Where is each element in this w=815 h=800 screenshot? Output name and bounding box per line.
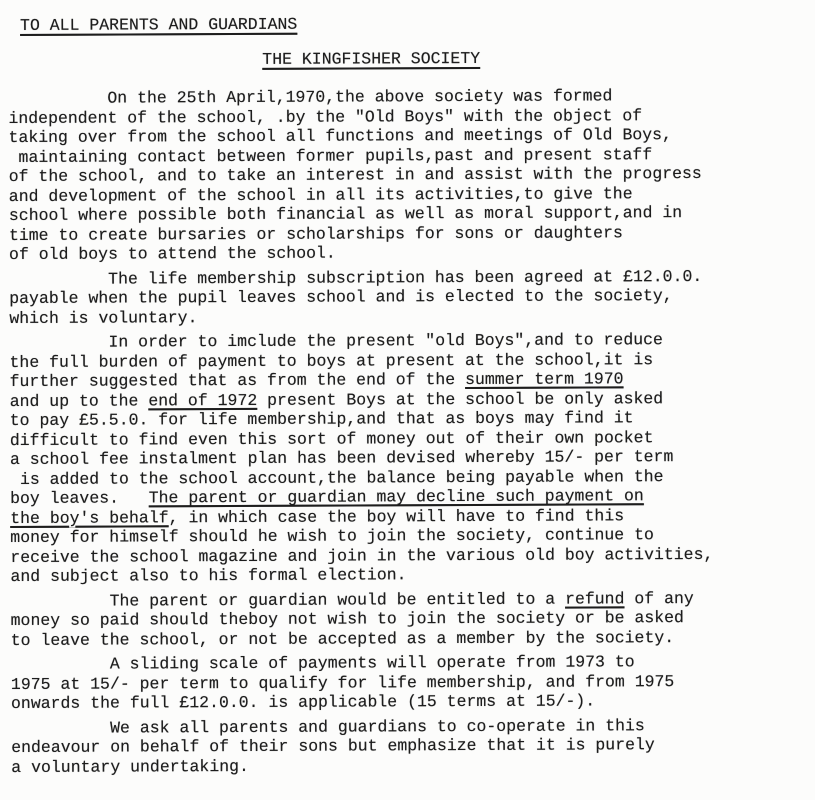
text-segment: time to create bursaries or scholarships… [9,223,623,245]
paragraph: The parent or guardian would be entitled… [11,588,812,650]
text-segment: present Boys at the school be only asked [257,389,663,410]
text-segment: to leave the school, or not be accepted … [11,628,674,650]
document-line: The life membership subscription has bee… [9,266,810,289]
text-segment: A sliding scale of payments will operate… [11,652,635,674]
paragraph: A sliding scale of payments will operate… [11,651,812,713]
text-segment: payable when the pupil leaves school and… [9,286,672,308]
text-segment: a voluntary undertaking. [11,756,249,776]
underlined-text: refund [565,589,625,608]
text-segment: and subject also to his formal election. [10,565,406,586]
text-segment: 1975 at 15/- per term to qualify for lif… [11,672,674,694]
text-segment: a school fee instalment plan has been de… [10,447,673,469]
paragraph: The life membership subscription has bee… [9,266,810,328]
text-segment: receive the school magazine and join in … [10,544,713,566]
document-title: THE KINGFISHER SOCIETY [262,48,480,68]
text-segment: of the school, and to take an interest i… [9,164,702,186]
text-segment: We ask all parents and guardians to co-o… [11,716,645,738]
text-segment: money for himself should he wish to join… [10,525,654,547]
paragraph: On the 25th April,1970,the above society… [8,86,810,265]
text-segment: and development of the school in all its… [9,184,633,206]
text-segment: taking over from the school all function… [8,125,671,147]
text-segment: the full burden of payment to boys at pr… [9,350,653,372]
text-segment: endeavour on behalf of their sons but em… [11,735,655,757]
text-segment: The parent or guardian would be entitled… [11,589,566,610]
text-segment: , in which case the boy will have to fin… [169,506,625,527]
text-segment: is added to the school account,the balan… [10,467,664,489]
text-segment: maintaining contact between former pupil… [9,145,653,167]
document-title-row: THE KINGFISHER SOCIETY [8,47,734,70]
text-segment: school where possible both financial as … [9,203,682,225]
underlined-text: end of 1972 [148,390,257,409]
document-line: and subject also to his formal election. [10,563,811,586]
text-segment: and up to the [10,391,149,411]
text-segment: money so paid should theboy not wish to … [11,608,684,630]
document-content: TO ALL PARENTS AND GUARDIANS THE KINGFIS… [8,13,812,777]
text-segment: difficult to find even this sort of mone… [10,428,654,450]
document-line: a voluntary undertaking. [11,754,812,777]
text-segment: onwards the full £12.0.0. is applicable … [11,691,595,713]
document-line: receive the school magazine and join in … [10,544,811,567]
text-segment: further suggested that as from the end o… [10,370,466,391]
document-line: to leave the school, or not be accepted … [11,627,812,650]
document-line: onwards the full £12.0.0. is applicable … [11,690,812,713]
document-line: of the school, and to take an interest i… [9,164,810,187]
document-line: of old boys to attend the school. [9,242,810,265]
text-segment: independent of the school, .by the "Old … [8,106,642,128]
document-line: which is voluntary. [9,305,810,328]
underlined-text: summer term 1970 [465,369,624,389]
text-segment: In order to imclude the present "old Boy… [9,330,663,352]
paragraph: In order to imclude the present "old Boy… [9,330,811,587]
document-addressee: TO ALL PARENTS AND GUARDIANS [20,15,297,36]
text-segment: The life membership subscription has bee… [9,266,702,288]
text-segment: boy leaves. [10,488,149,508]
text-segment: On the 25th April,1970,the above society… [8,86,612,108]
text-segment: which is voluntary. [9,308,197,328]
text-segment: to pay £5.5.0. for life membership,and t… [10,408,634,430]
underlined-text: the boy's behalf [10,508,169,528]
text-segment: of any [624,589,693,608]
document-body: On the 25th April,1970,the above society… [8,86,812,777]
document-line: The parent or guardian would be entitled… [11,588,812,611]
paragraph: We ask all parents and guardians to co-o… [11,715,812,777]
text-segment: of old boys to attend the school. [9,244,336,264]
underlined-text: The parent or guardian may decline such … [149,486,644,507]
document-page: TO ALL PARENTS AND GUARDIANS THE KINGFIS… [0,0,815,800]
